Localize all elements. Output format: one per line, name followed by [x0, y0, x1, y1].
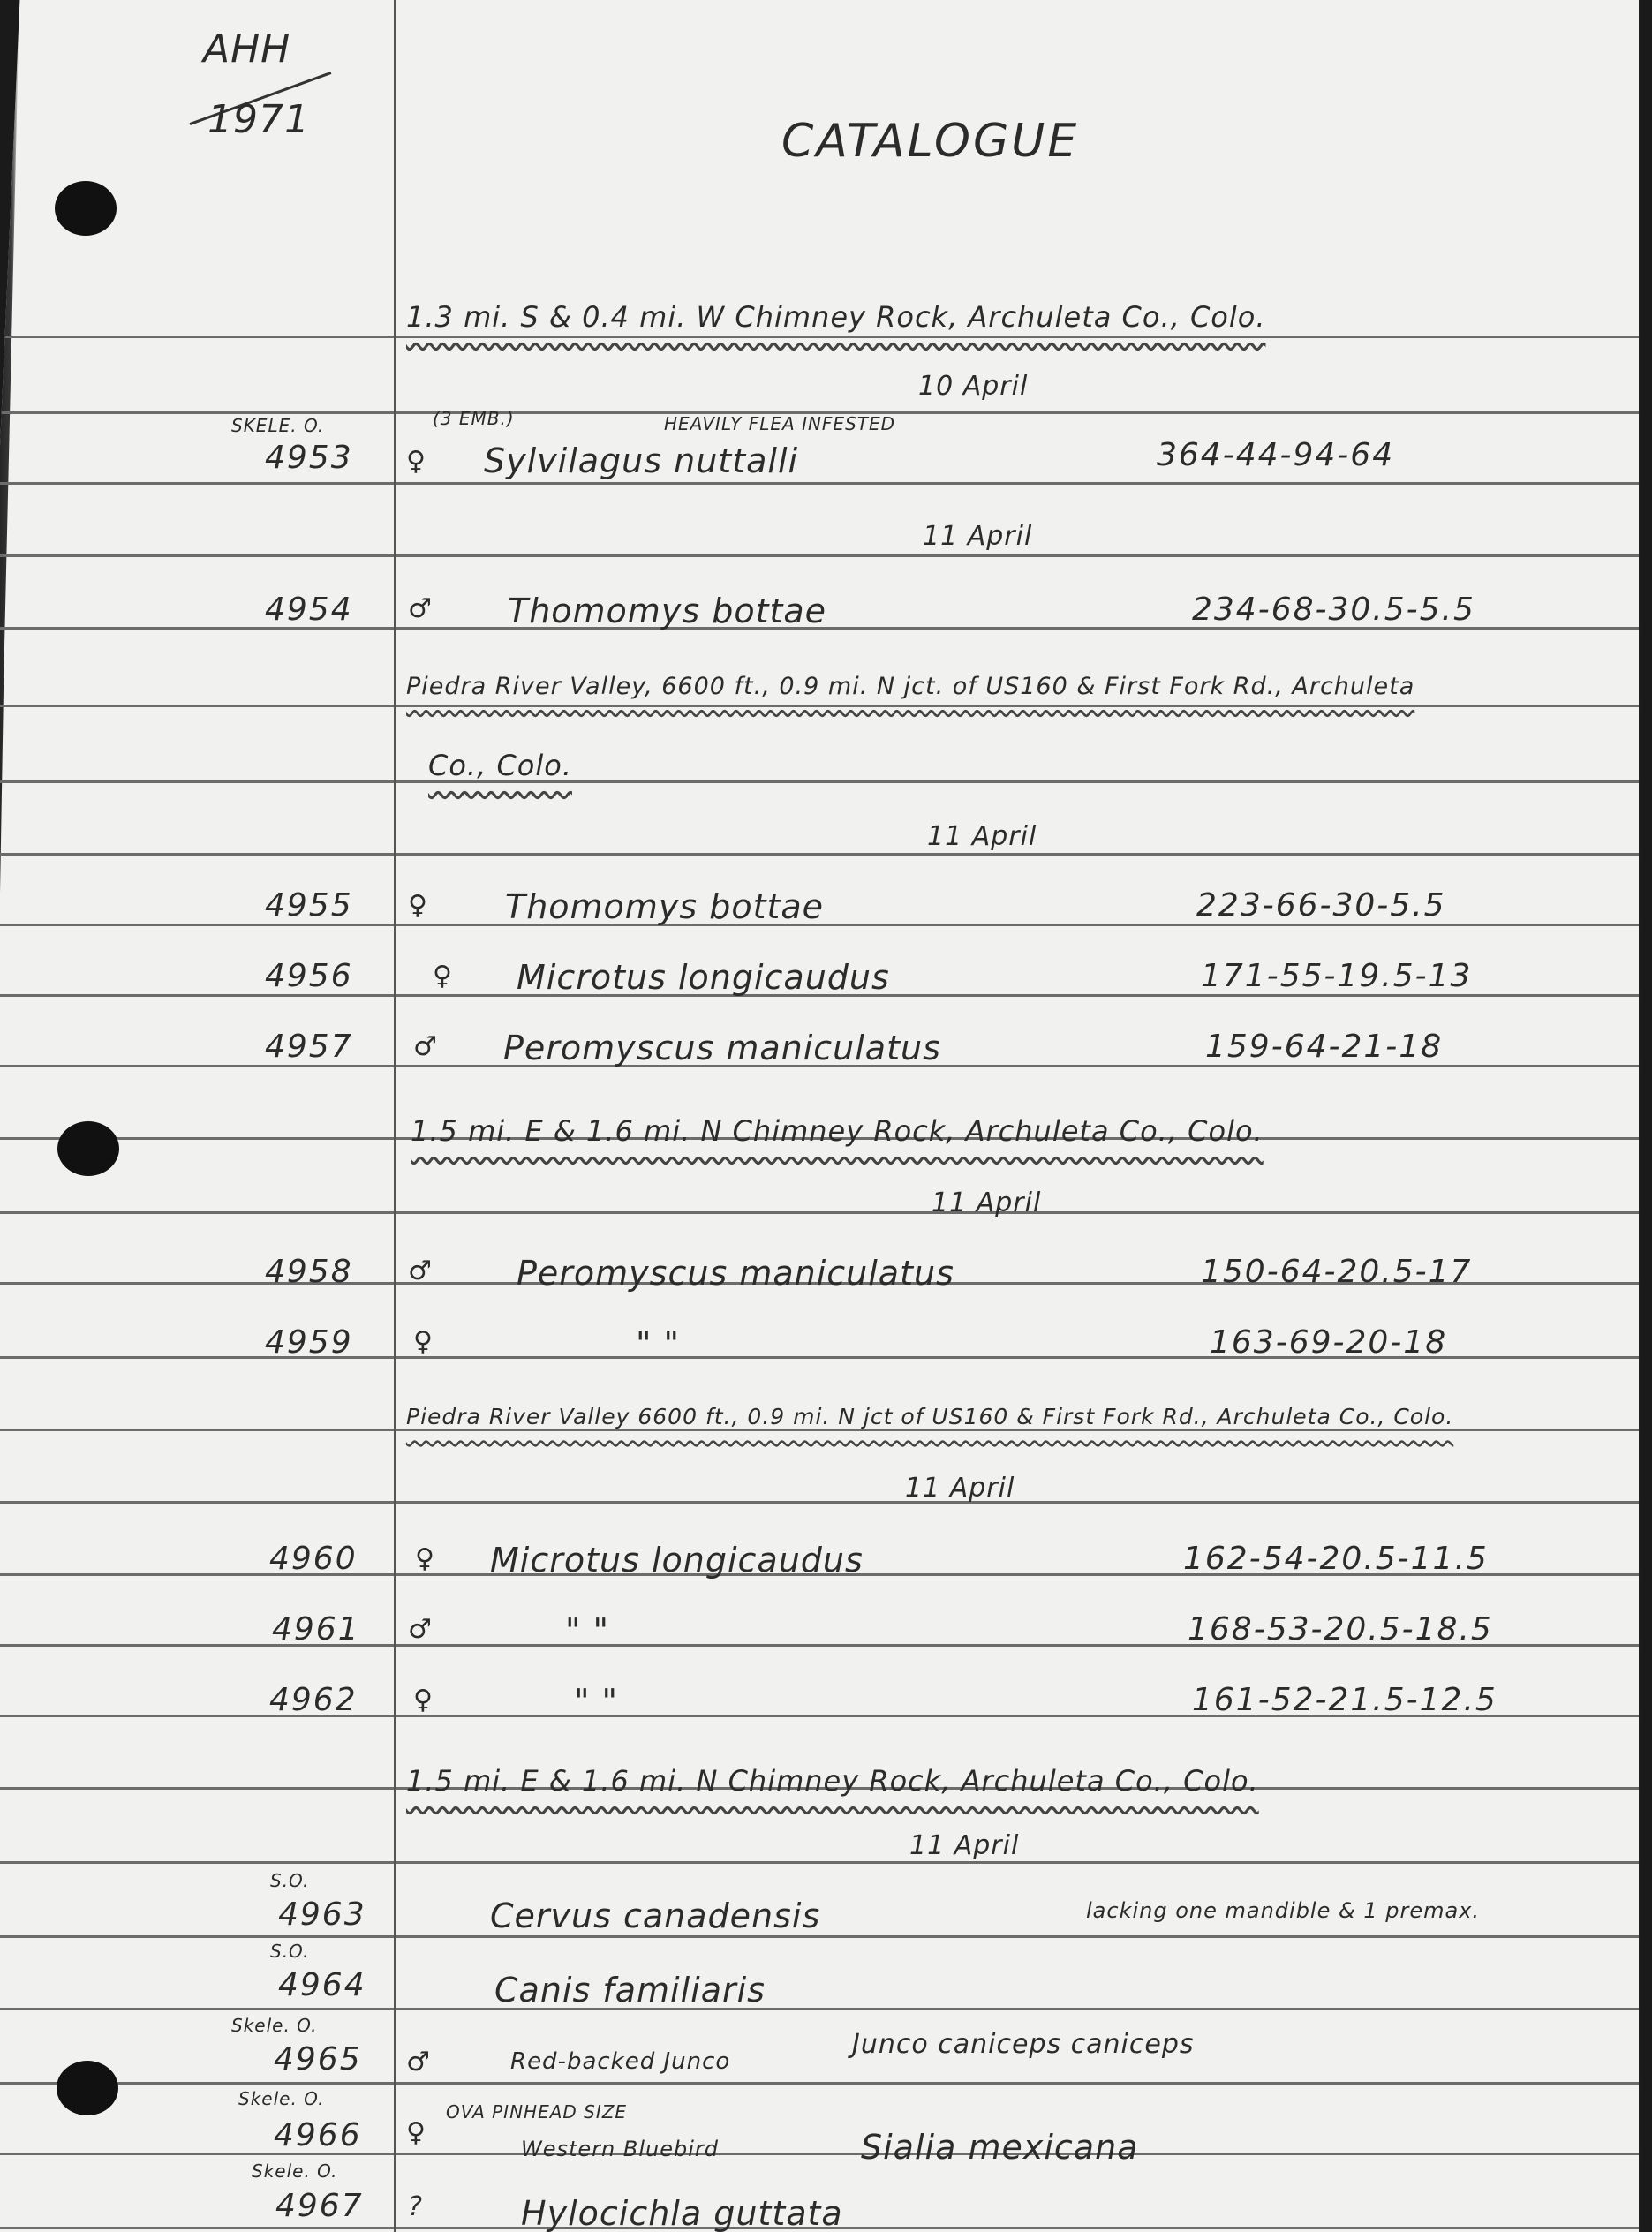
ruled-line	[0, 853, 1641, 856]
locality-heading: Piedra River Valley, 6600 ft., 0.9 mi. N…	[406, 673, 1414, 700]
catalogue-page: AHH 1971 CATALOGUE 1.3 mi. S & 0.4 mi. W…	[0, 0, 1652, 2232]
specimen-annotation: HEAVILY FLEA INFESTED	[664, 413, 895, 434]
punch-hole-top	[55, 181, 117, 236]
species-name: Sialia mexicana	[861, 2128, 1138, 2167]
ruled-line	[0, 705, 1641, 707]
catalogue-number: 4962	[269, 1682, 358, 1718]
ruled-line	[0, 2008, 1641, 2010]
ruled-line	[0, 1935, 1641, 1938]
catalogue-number: 4954	[265, 592, 353, 628]
sex-symbol: ♀	[415, 1543, 435, 1574]
sex-symbol: ♀	[433, 961, 453, 992]
species-name: Peromyscus maniculatus	[503, 1029, 941, 1067]
measurements: 159-64-21-18	[1205, 1029, 1443, 1065]
date-heading: 11 April	[932, 1188, 1041, 1218]
catalogue-number: 4963	[278, 1896, 366, 1933]
sex-symbol: ♂	[406, 2047, 431, 2077]
species-name: Thomomys bottae	[505, 887, 824, 926]
catalogue-number: 4955	[265, 887, 353, 924]
catalogue-number: 4956	[265, 958, 353, 994]
measurements: 162-54-20.5-11.5	[1183, 1541, 1489, 1577]
catalogue-number: 4965	[274, 2041, 362, 2077]
prep-label: S.O.	[270, 1870, 309, 1891]
catalogue-number: 4960	[269, 1541, 358, 1577]
species-name: Peromyscus maniculatus	[517, 1254, 954, 1293]
sex-symbol: ♀	[406, 2117, 426, 2148]
ruled-line	[0, 554, 1641, 557]
ruled-line	[0, 1211, 1641, 1214]
sex-symbol: ♂	[413, 1031, 438, 1062]
prep-label: Skele. O.	[252, 2160, 337, 2182]
ruled-line	[0, 2082, 1641, 2085]
embryo-note: (3 EMB.)	[433, 408, 515, 429]
measurements: 150-64-20.5-17	[1201, 1254, 1472, 1290]
margin-line	[394, 0, 396, 2232]
author-initials: AHH	[203, 26, 290, 72]
date-heading: 11 April	[923, 521, 1032, 552]
sex-symbol: ♂	[408, 1255, 433, 1286]
date-heading: 11 April	[905, 1473, 1015, 1504]
species-name: Thomomys bottae	[508, 592, 826, 630]
species-name: Canis familiaris	[494, 1971, 766, 2010]
page-title: CATALOGUE	[781, 115, 1079, 168]
species-name: Junco caniceps caniceps	[852, 2029, 1195, 2060]
catalogue-number: 4961	[272, 1611, 360, 1648]
sex-symbol: ♀	[406, 446, 426, 477]
ruled-line	[0, 780, 1641, 783]
locality-heading: Piedra River Valley 6600 ft., 0.9 mi. N …	[406, 1404, 1453, 1429]
date-heading: 11 April	[909, 1830, 1019, 1861]
catalogue-number: 4959	[265, 1324, 353, 1361]
species-name: Microtus longicaudus	[490, 1541, 864, 1580]
date-heading: 10 April	[918, 371, 1028, 402]
catalogue-number: 4958	[265, 1254, 353, 1290]
species-name: Hylocichla guttata	[521, 2194, 843, 2232]
punch-hole-middle	[57, 1121, 119, 1176]
catalogue-number: 4967	[275, 2188, 364, 2224]
locality-heading: 1.5 mi. E & 1.6 mi. N Chimney Rock, Arch…	[406, 1764, 1259, 1798]
common-name: Western Bluebird	[521, 2137, 719, 2161]
sex-symbol: ♂	[408, 1614, 433, 1645]
catalogue-number: 4964	[278, 1967, 366, 2003]
ruled-line	[0, 1861, 1641, 1864]
locality-heading: 1.5 mi. E & 1.6 mi. N Chimney Rock, Arch…	[411, 1114, 1264, 1148]
prep-label: Skele. O.	[231, 2015, 317, 2036]
sex-symbol: ♀	[413, 1685, 434, 1715]
sex-symbol: ♀	[408, 890, 428, 921]
ruled-line	[0, 336, 1641, 338]
species-name: " "	[565, 1611, 609, 1650]
measurements: 163-69-20-18	[1210, 1324, 1447, 1361]
catalogue-number: 4957	[265, 1029, 353, 1065]
measurements: 364-44-94-64	[1157, 437, 1394, 473]
ruled-line	[0, 482, 1641, 485]
measurements: 171-55-19.5-13	[1201, 958, 1472, 994]
catalogue-number: 4966	[274, 2117, 362, 2153]
catalogue-year: 1971	[207, 97, 310, 142]
locality-heading-continued: Co., Colo.	[428, 749, 572, 782]
sex-symbol: ♂	[408, 593, 433, 624]
sex-symbol: ♀	[413, 1326, 434, 1357]
prep-label: SKELE. O.	[231, 415, 324, 436]
specimen-remark: lacking one mandible & 1 premax.	[1086, 1898, 1480, 1923]
species-name: Cervus canadensis	[490, 1896, 820, 1935]
date-heading: 11 April	[927, 821, 1037, 852]
page-edge-right	[1647, 0, 1652, 2232]
measurements: 234-68-30.5-5.5	[1192, 592, 1475, 628]
species-name: " "	[636, 1324, 680, 1363]
measurements: 161-52-21.5-12.5	[1192, 1682, 1497, 1718]
sex-symbol: ?	[408, 2191, 423, 2222]
catalogue-number: 4953	[265, 440, 353, 476]
ruled-line	[0, 2153, 1641, 2155]
prep-label: S.O.	[270, 1941, 309, 1962]
specimen-annotation: OVA PINHEAD SIZE	[446, 2101, 627, 2123]
species-name: Microtus longicaudus	[517, 958, 890, 997]
punch-hole-bottom	[57, 2061, 118, 2115]
locality-heading: 1.3 mi. S & 0.4 mi. W Chimney Rock, Arch…	[406, 300, 1266, 334]
prep-label: Skele. O.	[238, 2088, 324, 2109]
measurements: 223-66-30-5.5	[1196, 887, 1446, 924]
ruled-line	[0, 1501, 1641, 1504]
common-name: Red-backed Junco	[510, 2048, 730, 2075]
species-name: " "	[574, 1682, 618, 1721]
measurements: 168-53-20.5-18.5	[1188, 1611, 1493, 1648]
species-name: Sylvilagus nuttalli	[484, 441, 798, 480]
